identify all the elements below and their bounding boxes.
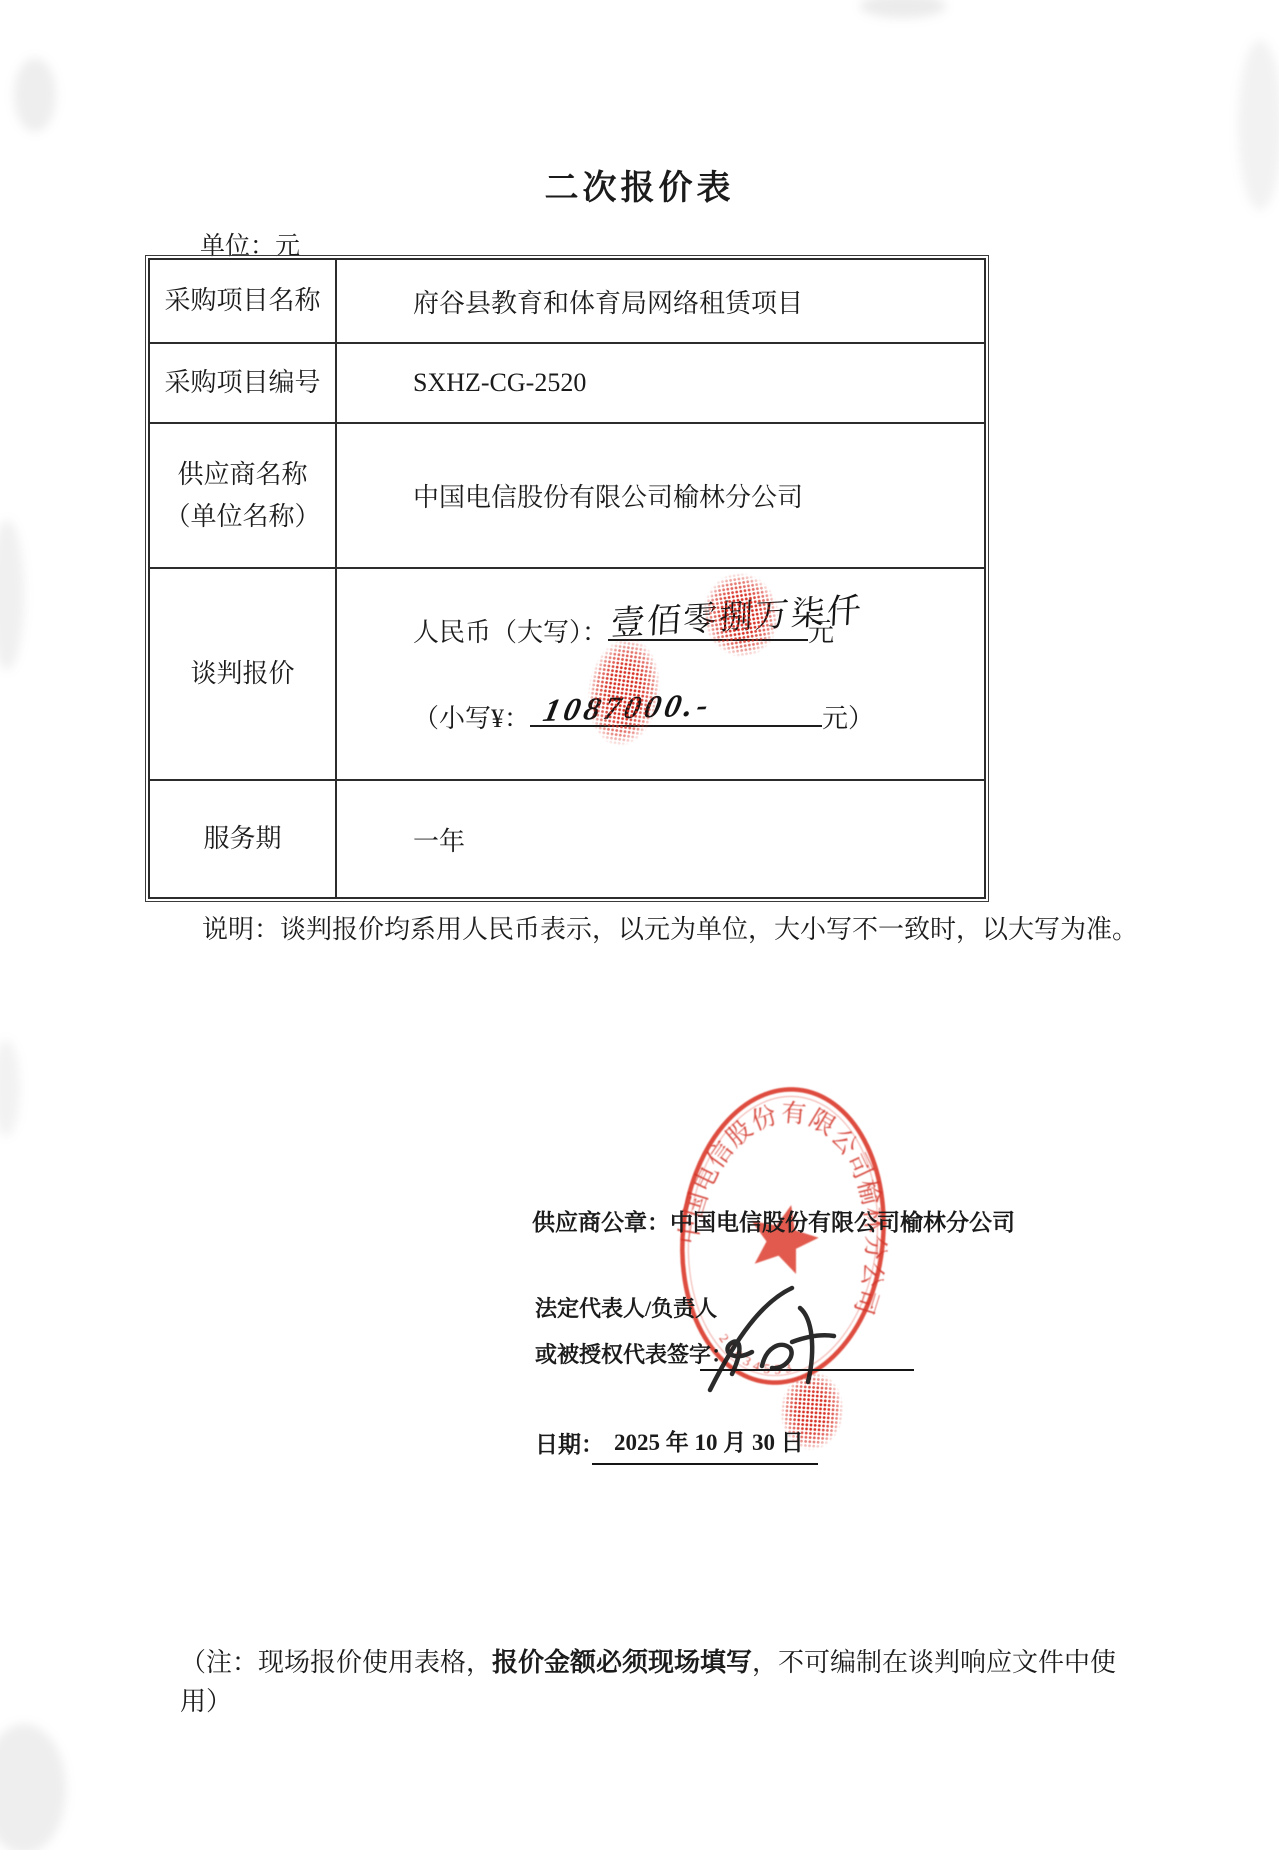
scan-artifact: [0, 1724, 66, 1850]
handwritten-amount-figures: 1087000.-: [540, 686, 716, 729]
footnote: （注：现场报价使用表格，报价金额必须现场填写，不可编制在谈判响应文件中使用）: [180, 1643, 1125, 1721]
scan-artifact: [14, 58, 56, 132]
explanation-note: 说明：谈判报价均系用人民币表示，以元为单位，大小写不一致时，以大写为准。: [150, 906, 1140, 954]
scan-artifact: [0, 1040, 20, 1136]
amount-in-words-line: 人民币（大写）：壹佰零捌万柒仟元: [413, 609, 834, 649]
row-project-number-label: 采购项目编号: [150, 342, 337, 422]
date-value: 2025 年 10 月 30 日: [592, 1424, 818, 1465]
footnote-bold: 报价金额必须现场填写: [492, 1648, 752, 1677]
row-project-number-value: SXHZ-CG-2520: [337, 342, 984, 422]
scan-artifact: [0, 520, 24, 670]
scanned-quotation-form: 二次报价表 单位：元 采购项目名称 府谷县教育和体育局网络租赁项目 采购项目编号…: [0, 0, 1279, 1850]
row-supplier-value: 中国电信股份有限公司榆林分公司: [337, 422, 984, 567]
row-project-name-value: 府谷县教育和体育局网络租赁项目: [337, 260, 984, 342]
quotation-table: 采购项目名称 府谷县教育和体育局网络租赁项目 采购项目编号 SXHZ-CG-25…: [148, 258, 986, 899]
row-supplier-label: 供应商名称 （单位名称）: [150, 422, 337, 567]
row-service-period-label: 服务期: [150, 779, 337, 897]
supplier-seal-line: 供应商公章：中国电信股份有限公司榆林分公司: [532, 1204, 1015, 1237]
unit-label: 单位：元: [200, 226, 300, 262]
handwritten-signature: [696, 1278, 871, 1406]
row-quote-label: 谈判报价: [150, 567, 337, 779]
amount-figures-underline: 1087000.-: [530, 695, 822, 727]
scan-artifact: [860, 0, 946, 18]
row-quote-value: 人民币（大写）：壹佰零捌万柒仟元 （小写¥：1087000.-元）: [337, 567, 984, 779]
row-project-name-label: 采购项目名称: [150, 260, 337, 342]
legal-representative-line: 法定代表人/负责人: [535, 1292, 717, 1323]
amount-words-underline: 壹佰零捌万柒仟: [608, 609, 808, 641]
amount-in-figures-line: （小写¥：1087000.-元）: [413, 695, 874, 735]
page-title: 二次报价表: [0, 160, 1279, 209]
row-service-period-value: 一年: [337, 779, 984, 897]
